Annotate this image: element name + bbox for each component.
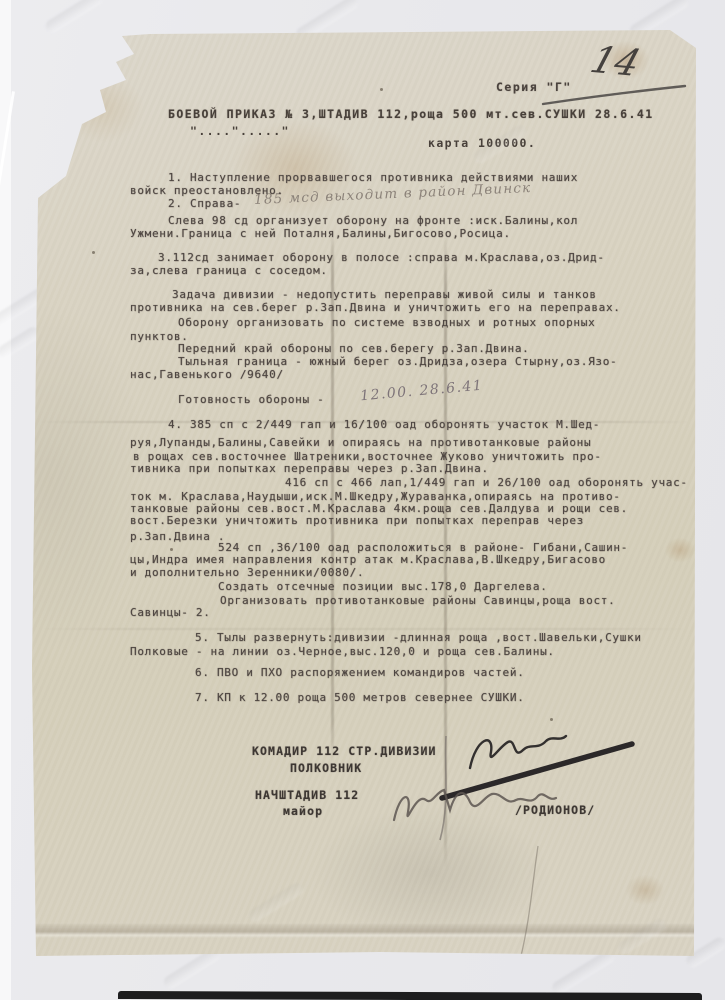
typed-line: 6. ПВО и ПХО распоряжением командиров ча…	[195, 667, 525, 679]
watermark	[550, 948, 616, 996]
signature-typed-line: ПОЛКОВНИК	[290, 761, 362, 775]
quote-marks: "...."....."	[190, 124, 290, 138]
typed-line: Оборону организовать по системе взводных…	[178, 317, 595, 329]
typed-line: р.Зап.Двина .	[130, 531, 225, 543]
typed-line: нас,Гавенького /9640/	[130, 369, 284, 381]
signature-typed-line: майор	[283, 804, 323, 818]
typed-line: Организовать противотанковые районы Сави…	[220, 595, 615, 607]
order-title: БОЕВОЙ ПРИКАЗ № 3,ШТАДИВ 112,роща 500 мт…	[168, 107, 654, 121]
paper-sheet: Серия "Г" 14 БОЕВОЙ ПРИКАЗ № 3,ШТАДИВ 11…	[30, 28, 698, 958]
typed-line: и дополнительно Зеренники/0080/.	[130, 567, 364, 579]
typed-line: Слева 98 сд организует оборону на фронте…	[168, 215, 578, 227]
typed-line: вост.Березки уничтожить противника при п…	[130, 515, 584, 527]
handwritten-right-flank-note: 185 мсд выходит в район Двинск	[254, 180, 532, 208]
typed-line: 7. КП к 12.00 роща 500 метров севернее С…	[195, 692, 525, 704]
scanned-document-page: Серия "Г" 14 БОЕВОЙ ПРИКАЗ № 3,ШТАДИВ 11…	[0, 0, 725, 1000]
typed-line: Передний край обороны по сев.берегу р.За…	[178, 343, 529, 355]
typed-line: 2. Справа-	[168, 198, 241, 210]
typed-line: Тыльная граница - южный берег оз.Дридза,…	[178, 356, 617, 368]
typed-line: Полковые - на линии оз.Черное,выс.120,0 …	[130, 646, 555, 658]
typed-line: 5. Тылы развернуть:дивизии -длинная роща…	[195, 632, 642, 644]
paper-speck	[170, 548, 173, 551]
paper-speck	[380, 88, 383, 91]
typed-line: Задача дивизии - недопустить переправы ж…	[172, 289, 597, 301]
typed-line: 1. Наступление прорвавшегося противника …	[168, 172, 578, 184]
typed-line: тивника при попытках переправы через р.З…	[130, 463, 489, 475]
typed-line: руя,Лупанды,Балины,Савейки и опираясь на…	[130, 437, 591, 449]
handwritten-readiness-note: 12.00. 28.6.41	[360, 378, 484, 405]
signature-typed-line: НАЧШТАДИВ 112	[255, 788, 359, 802]
watermark	[246, 881, 305, 925]
typed-line: войск преостановлено.	[130, 185, 284, 197]
typed-line: за,слева граница с соседом.	[130, 265, 328, 277]
typed-line: 4. 385 сп с 2/449 гап и 16/100 оад оборо…	[168, 419, 600, 431]
typed-line: противника на сев.берег р.Зап.Двина и ун…	[130, 302, 621, 314]
typed-line: Ужмени.Граница с ней Поталня,Балины,Биго…	[130, 228, 511, 240]
paper-speck	[92, 251, 95, 254]
typed-line: Создать отсечные позиции выс.178,0 Дарге…	[218, 581, 548, 593]
watermark	[43, 0, 104, 35]
typed-line: Готовность обороны -	[178, 394, 324, 406]
typed-line: цы,Индра имея направления контр атак м.К…	[130, 554, 606, 566]
typed-line: 416 сп с 466 лап,1/449 гап и 26/100 оад …	[285, 477, 688, 489]
typed-line: 3.112сд занимает оборону в полосе :справ…	[158, 252, 605, 264]
fold-crease-horizontal	[40, 628, 688, 630]
next-page-edge	[118, 991, 702, 1000]
typed-line: Савинцы- 2.	[130, 607, 211, 619]
